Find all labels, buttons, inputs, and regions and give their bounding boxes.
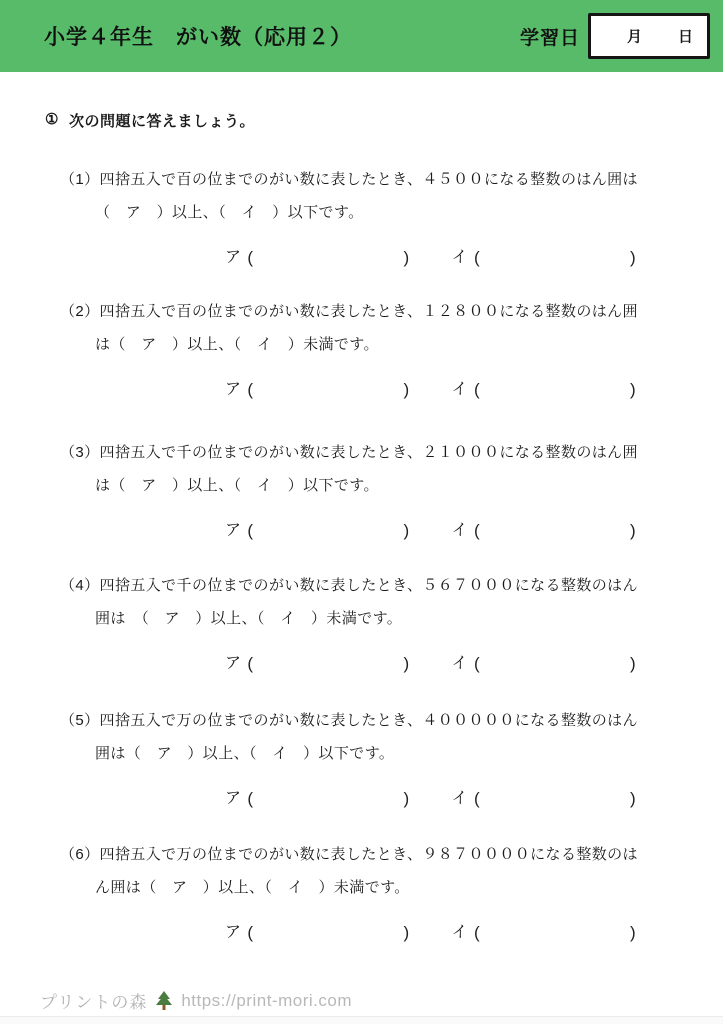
worksheet-page: 小学４年生 がい数（応用２） 学習日 月 日 ① 次の問題に答えましょう。 （1… [0, 0, 723, 1024]
instruction-line: ① 次の問題に答えましょう。 [45, 110, 255, 131]
question-number: （2） [60, 300, 100, 323]
question-block-2: （2） 四捨五入で百の位までのがい数に表したとき、１２８００になる整数のはん囲 … [60, 300, 680, 401]
tree-icon [156, 991, 172, 1010]
answer-label-a: ア [225, 921, 241, 944]
month-label: 月 [627, 26, 642, 47]
close-paren-a: ) [403, 246, 409, 269]
header-bar: 小学４年生 がい数（応用２） 学習日 月 日 [0, 0, 723, 72]
open-paren-i: ( [474, 652, 480, 675]
close-paren-a: ) [403, 378, 409, 401]
study-date-label: 学習日 [520, 23, 580, 50]
question-block-4: （4） 四捨五入で千の位までのがい数に表したとき、５６７０００になる整数のはん … [60, 574, 680, 675]
answer-label-i: イ [452, 787, 468, 810]
question-line2: は（ ア ）以上、（ イ ）以下です。 [95, 474, 680, 497]
question-line2: ん囲は（ ア ）以上、（ イ ）未満です。 [95, 876, 680, 899]
question-line1: （1） 四捨五入で百の位までのがい数に表したとき、４５００になる整数のはん囲は [60, 168, 680, 191]
answer-row: ア ( ) イ ( ) [225, 652, 680, 675]
answer-row: ア ( ) イ ( ) [225, 378, 680, 401]
open-paren-i: ( [474, 519, 480, 542]
question-number: （4） [60, 574, 100, 597]
question-number: （3） [60, 441, 100, 464]
question-line1: （4） 四捨五入で千の位までのがい数に表したとき、５６７０００になる整数のはん [60, 574, 680, 597]
date-entry-box: 月 日 [588, 13, 710, 59]
open-paren-a: ( [247, 378, 253, 401]
open-paren-a: ( [247, 246, 253, 269]
question-line1: （3） 四捨五入で千の位までのがい数に表したとき、２１０００になる整数のはん囲 [60, 441, 680, 464]
question-number: （6） [60, 843, 100, 866]
close-paren-i: ) [630, 519, 636, 542]
close-paren-a: ) [403, 652, 409, 675]
close-paren-i: ) [630, 246, 636, 269]
day-label: 日 [678, 26, 693, 47]
answer-row: ア ( ) イ ( ) [225, 787, 680, 810]
answer-label-a: ア [225, 519, 241, 542]
close-paren-i: ) [630, 378, 636, 401]
question-text: 四捨五入で千の位までのがい数に表したとき、２１０００になる整数のはん囲 [100, 441, 680, 464]
close-paren-a: ) [403, 787, 409, 810]
bottom-divider [0, 1016, 723, 1024]
question-block-5: （5） 四捨五入で万の位までのがい数に表したとき、４０００００になる整数のはん … [60, 709, 680, 810]
close-paren-i: ) [630, 787, 636, 810]
question-text: 四捨五入で万の位までのがい数に表したとき、４０００００になる整数のはん [100, 709, 680, 732]
close-paren-i: ) [630, 652, 636, 675]
close-paren-i: ) [630, 921, 636, 944]
question-text: 四捨五入で百の位までのがい数に表したとき、１２８００になる整数のはん囲 [100, 300, 680, 323]
open-paren-i: ( [474, 921, 480, 944]
question-line1: （2） 四捨五入で百の位までのがい数に表したとき、１２８００になる整数のはん囲 [60, 300, 680, 323]
answer-label-a: ア [225, 652, 241, 675]
open-paren-i: ( [474, 787, 480, 810]
question-block-3: （3） 四捨五入で千の位までのがい数に表したとき、２１０００になる整数のはん囲 … [60, 441, 680, 542]
question-block-1: （1） 四捨五入で百の位までのがい数に表したとき、４５００になる整数のはん囲は … [60, 168, 680, 269]
question-number: （1） [60, 168, 100, 191]
answer-row: ア ( ) イ ( ) [225, 921, 680, 944]
answer-row: ア ( ) イ ( ) [225, 519, 680, 542]
open-paren-i: ( [474, 378, 480, 401]
question-text: 四捨五入で千の位までのがい数に表したとき、５６７０００になる整数のはん [100, 574, 680, 597]
footer-url: https://print-mori.com [181, 991, 352, 1011]
question-line1: （5） 四捨五入で万の位までのがい数に表したとき、４０００００になる整数のはん [60, 709, 680, 732]
open-paren-i: ( [474, 246, 480, 269]
answer-label-i: イ [452, 921, 468, 944]
question-text: 四捨五入で百の位までのがい数に表したとき、４５００になる整数のはん囲は [100, 168, 680, 191]
answer-label-a: ア [225, 378, 241, 401]
instruction-number: ① [45, 110, 59, 131]
question-line2: は（ ア ）以上、（ イ ）未満です。 [95, 333, 680, 356]
worksheet-title: 小学４年生 がい数（応用２） [44, 21, 352, 51]
close-paren-a: ) [403, 921, 409, 944]
question-number: （5） [60, 709, 100, 732]
instruction-text: 次の問題に答えましょう。 [69, 110, 255, 131]
close-paren-a: ) [403, 519, 409, 542]
footer-site-name: プリントの森 [40, 988, 147, 1013]
open-paren-a: ( [247, 519, 253, 542]
answer-label-i: イ [452, 246, 468, 269]
question-line2: （ ア ）以上、（ イ ）以下です。 [95, 201, 680, 224]
question-text: 四捨五入で万の位までのがい数に表したとき、９８７００００になる整数のは [100, 843, 680, 866]
question-line2: 囲は（ ア ）以上、（ イ ）以下です。 [95, 742, 680, 765]
answer-label-i: イ [452, 519, 468, 542]
answer-label-i: イ [452, 652, 468, 675]
answer-label-a: ア [225, 246, 241, 269]
answer-label-i: イ [452, 378, 468, 401]
open-paren-a: ( [247, 787, 253, 810]
open-paren-a: ( [247, 652, 253, 675]
question-block-6: （6） 四捨五入で万の位までのがい数に表したとき、９８７００００になる整数のは … [60, 843, 680, 944]
open-paren-a: ( [247, 921, 253, 944]
study-date-area: 学習日 月 日 [520, 0, 710, 72]
answer-label-a: ア [225, 787, 241, 810]
question-line1: （6） 四捨五入で万の位までのがい数に表したとき、９８７００００になる整数のは [60, 843, 680, 866]
answer-row: ア ( ) イ ( ) [225, 246, 680, 269]
footer: プリントの森 https://print-mori.com [40, 988, 352, 1013]
question-line2: 囲は （ ア ）以上、（ イ ）未満です。 [95, 607, 680, 630]
